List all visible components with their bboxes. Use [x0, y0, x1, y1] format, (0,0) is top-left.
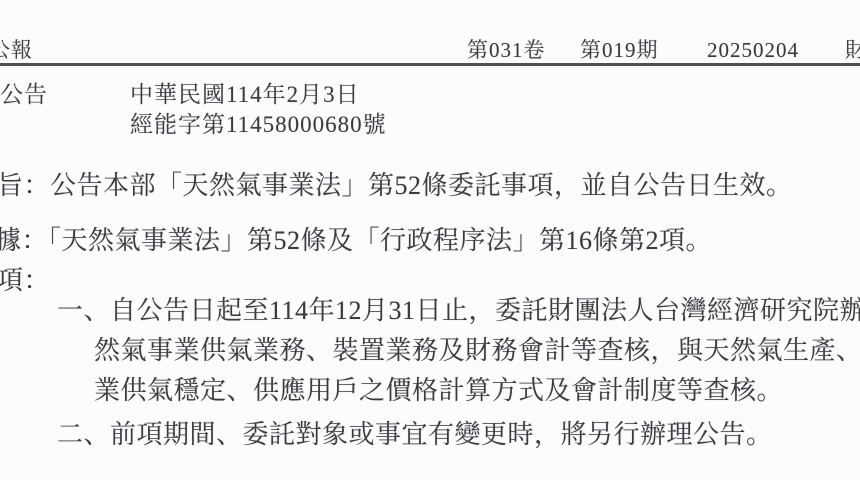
gazette-date-code: 20250204: [707, 38, 799, 62]
gazette-volume: 第031卷: [467, 38, 546, 62]
notice-roc-date: 中華民國114年2月3日: [130, 82, 360, 108]
item2-line1: 二、前項期間、委託對象或事宜有變更時，將另行辦理公告。: [57, 420, 773, 450]
item1-line3: 業供氣穩定、供應用戶之價格計算方式及會計制度等查核。: [94, 376, 783, 406]
basis-line: 據：「天然氣事業法」第52條及「行政程序法」第16條第2項。: [0, 226, 712, 256]
gazette-header-partial-char: 財: [845, 38, 860, 62]
notice-type-label: 公告: [0, 82, 48, 108]
subject-line: 旨：公告本部「天然氣事業法」第52條委託事項，並自公告日生效。: [0, 171, 793, 201]
item1-line1: 一、自公告日起至114年12月31日止，委託財團法人台灣經濟研究院辦: [57, 296, 860, 326]
items-label: 項：: [0, 266, 50, 296]
notice-reference-number: 經能字第11458000680號: [130, 112, 387, 138]
header-divider-rule: [0, 63, 860, 66]
document-page: { "header": { "gazette_title": "公報", "vo…: [0, 0, 860, 480]
gazette-issue: 第019期: [580, 38, 659, 62]
item1-line2: 然氣事業供氣業務、裝置業務及財務會計等查核，與天然氣生產、: [94, 336, 860, 366]
gazette-title: 公報: [0, 38, 33, 62]
